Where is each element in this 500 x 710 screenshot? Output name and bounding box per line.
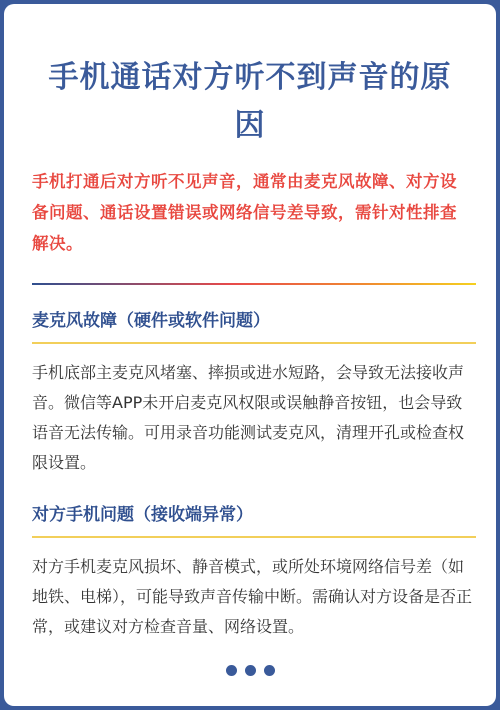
section-heading-microphone: 麦克风故障（硬件或软件问题） (32, 306, 476, 344)
dot-3 (264, 665, 275, 676)
dot-1 (226, 665, 237, 676)
intro-summary: 手机打通后对方听不见声音，通常由麦克风故障、对方设备问题、通话设置错误或网络信号… (32, 166, 468, 259)
section-body-microphone: 手机底部主麦克风堵塞、摔损或进水短路，会导致无法接收声音。微信等APP未开启麦克… (32, 358, 478, 478)
section-heading-receiver: 对方手机问题（接收端异常） (32, 500, 476, 538)
more-dots-icon (4, 665, 496, 677)
gradient-divider (32, 283, 476, 285)
dot-2 (245, 665, 256, 676)
page-frame: 手机通话对方听不到声音的原因 手机打通后对方听不见声音，通常由麦克风故障、对方设… (0, 0, 500, 710)
content-card: 手机通话对方听不到声音的原因 手机打通后对方听不见声音，通常由麦克风故障、对方设… (4, 4, 496, 706)
section-body-receiver: 对方手机麦克风损坏、静音模式，或所处环境网络信号差（如地铁、电梯），可能导致声音… (32, 552, 478, 642)
page-title: 手机通话对方听不到声音的原因 (4, 54, 496, 150)
